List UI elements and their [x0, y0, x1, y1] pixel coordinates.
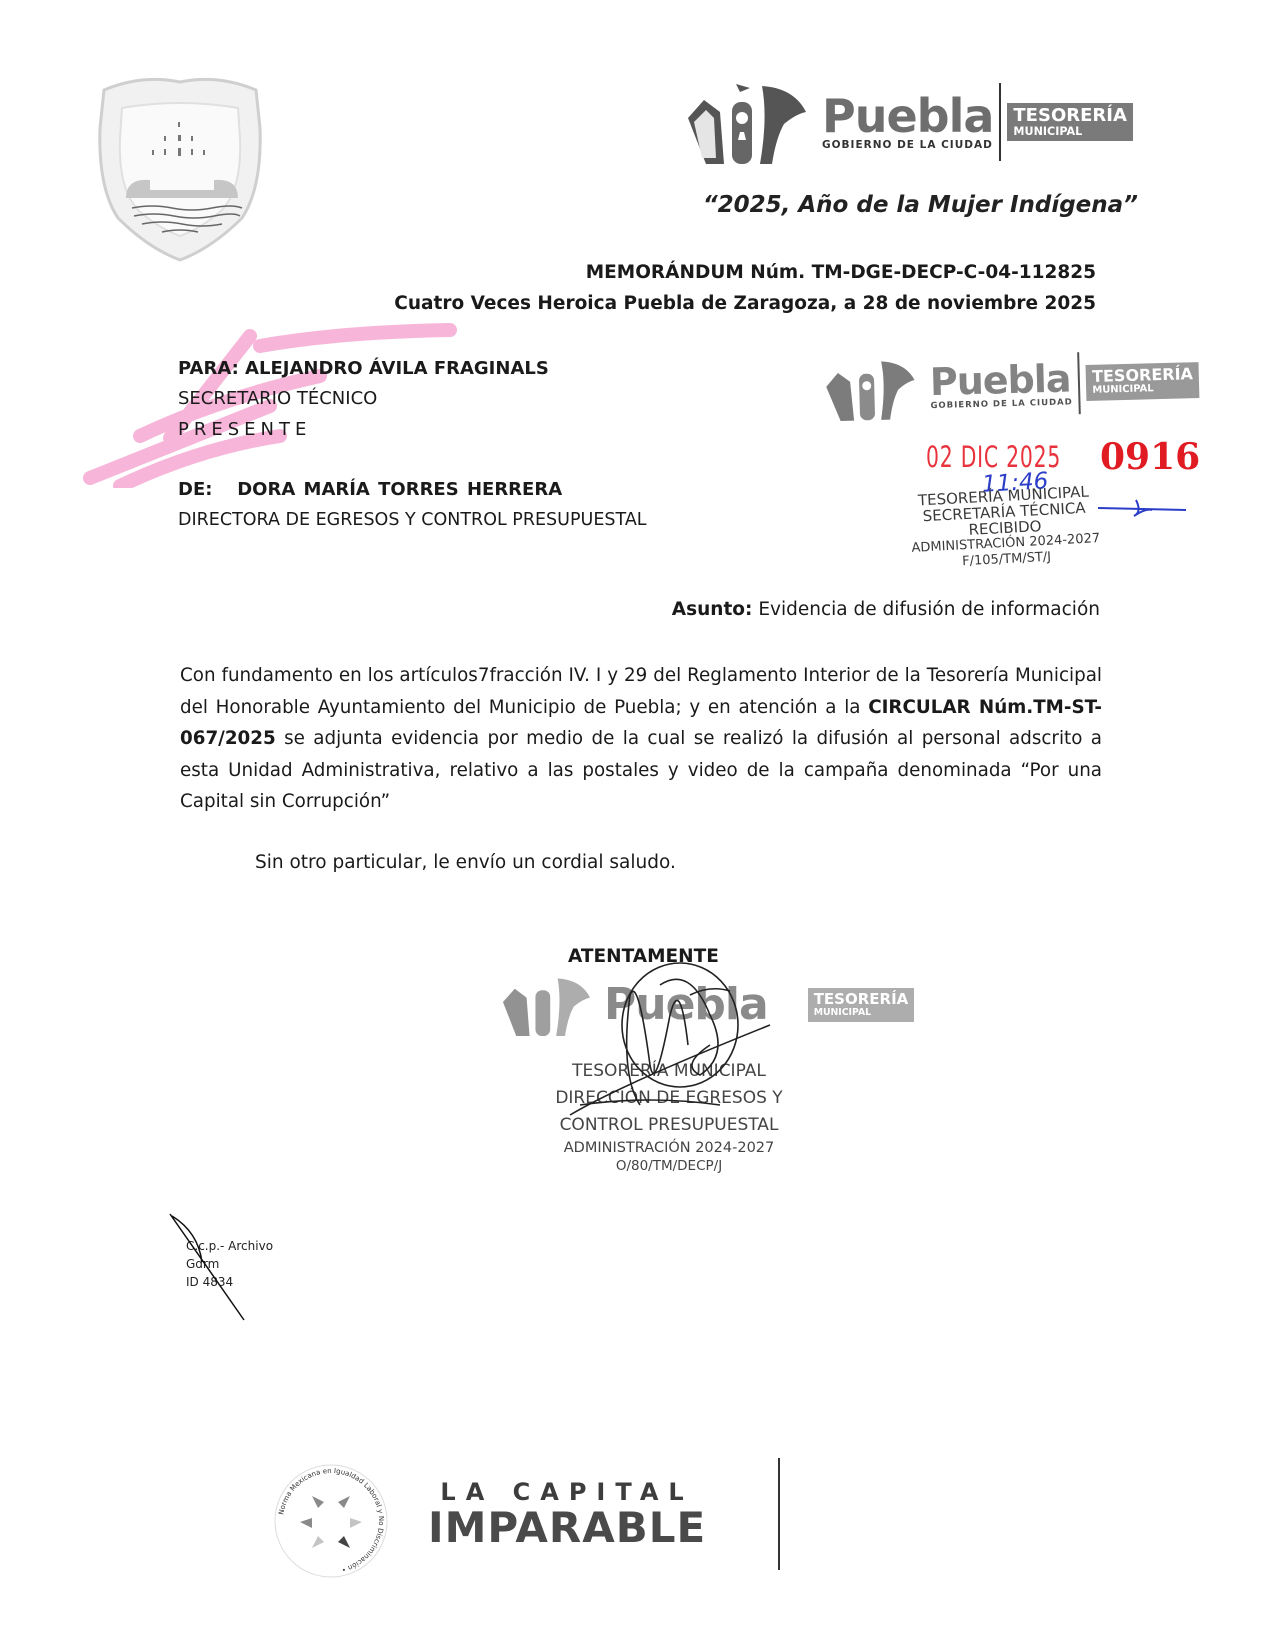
subject-line: Asunto: Evidencia de difusión de informa… — [672, 599, 1100, 620]
puebla-tesoreria-logo: Puebla GOBIERNO DE LA CIUDAD TESORERÍA M… — [684, 78, 1133, 166]
recipient-name: PARA: ALEJANDRO ÁVILA FRAGINALS — [178, 358, 549, 379]
puebla-landmarks-icon — [821, 354, 923, 423]
received-stamp-logo: Puebla GOBIERNO DE LA CIUDAD TESORERÍA M… — [821, 347, 1200, 423]
handwritten-signature — [560, 955, 810, 1130]
municipal-coat-of-arms-icon — [92, 68, 268, 266]
logo-wordmark: Puebla — [822, 93, 993, 139]
sender-role: DIRECTORA DE EGRESOS Y CONTROL PRESUPUES… — [178, 510, 647, 530]
equality-norm-seal-icon: Norma Mexicana en Igualdad Laboral y No … — [272, 1462, 390, 1580]
received-folio: 0916 — [1100, 436, 1200, 478]
subject-label: Asunto: — [672, 599, 753, 620]
year-motto: “2025, Año de la Mujer Indígena” — [700, 192, 1138, 218]
recipient-role: SECRETARIO TÉCNICO — [178, 388, 377, 409]
svg-text:Norma Mexicana en Igualdad Lab: Norma Mexicana en Igualdad Laboral y No … — [277, 1467, 385, 1574]
initials-mark — [168, 1212, 248, 1322]
footer-divider — [778, 1458, 780, 1570]
la-capital-imparable-logo: LA CAPITAL IMPARABLE — [428, 1478, 706, 1548]
slogan-line-2: IMPARABLE — [428, 1508, 706, 1548]
place-and-date: Cuatro Veces Heroica Puebla de Zaragoza,… — [394, 293, 1096, 314]
puebla-landmarks-icon — [684, 78, 814, 166]
logo-subtitle: GOBIERNO DE LA CIUDAD — [822, 139, 993, 151]
tesoreria-badge: TESORERÍA MUNICIPAL — [1007, 103, 1132, 142]
sender-name: DE: DORA MARÍA TORRES HERRERA — [178, 479, 562, 500]
closing-line: Sin otro particular, le envío un cordial… — [255, 852, 676, 873]
received-stamp-text: TESORERÍA MUNICIPAL SECRETARÍA TÉCNICA R… — [898, 483, 1112, 574]
handwritten-initial — [1096, 498, 1188, 518]
logo-divider — [999, 83, 1001, 161]
body-paragraph: Con fundamento en los artículos7fracción… — [180, 660, 1102, 818]
slogan-line-1: LA CAPITAL — [428, 1478, 706, 1506]
subject-text: Evidencia de difusión de información — [758, 599, 1100, 620]
memo-number: MEMORÁNDUM Núm. TM-DGE-DECP-C-04-112825 — [586, 262, 1096, 283]
recipient-presente: PRESENTE — [178, 419, 311, 440]
